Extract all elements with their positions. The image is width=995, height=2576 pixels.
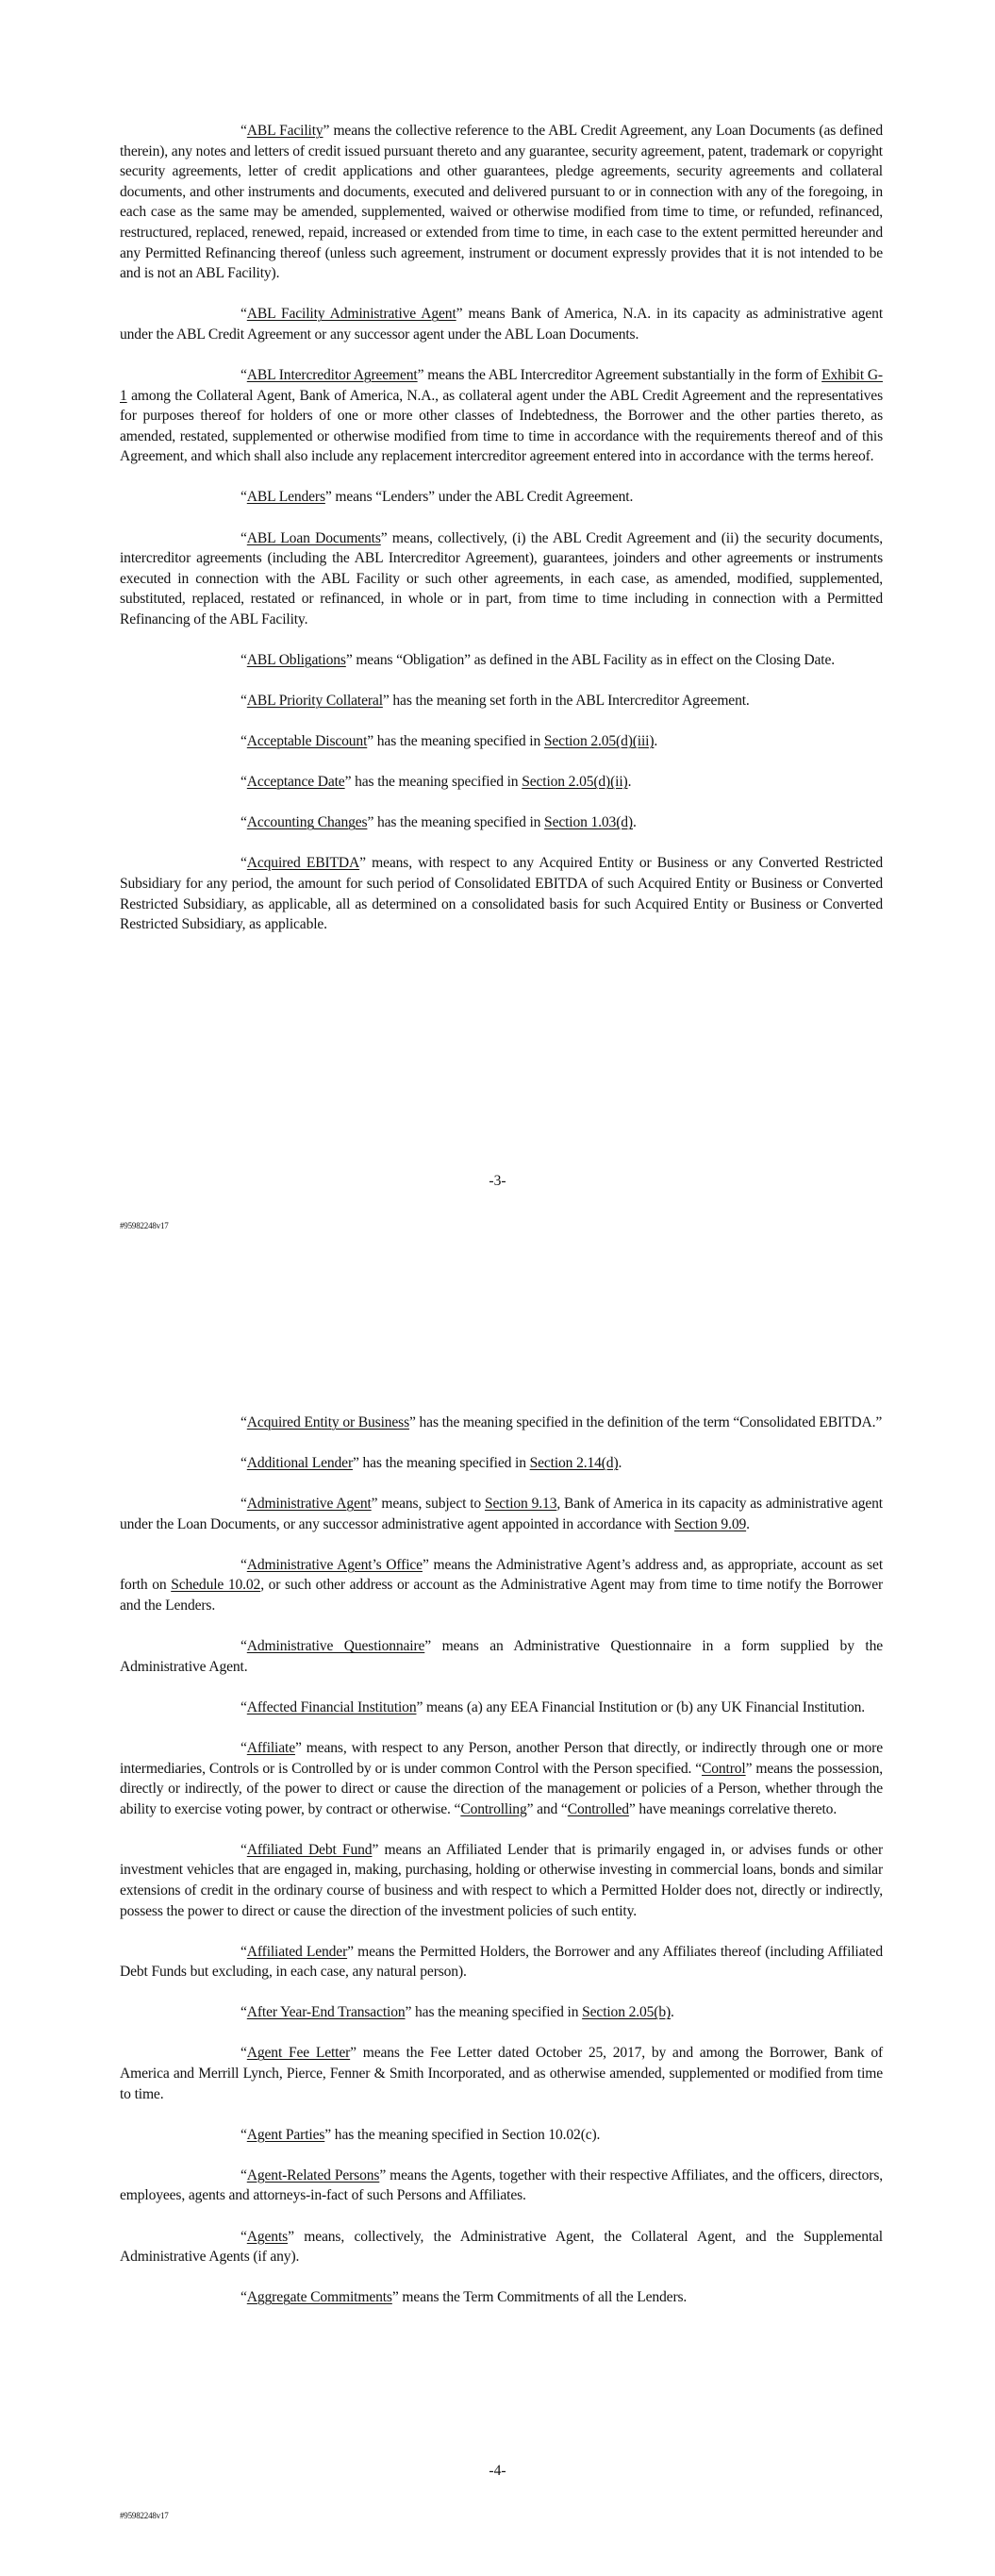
defined-term: Acquired EBITDA [247, 855, 359, 871]
definition-text: ” has the meaning specified in [367, 733, 544, 749]
definition-text: . [633, 814, 637, 830]
definition-paragraph: “Agent Parties” has the meaning specifie… [120, 2125, 883, 2146]
definition-text: ” means Bank of America, N.A. in its cap… [120, 306, 883, 343]
defined-term: Affiliate [247, 1740, 295, 1756]
defined-term: Aggregate Commitments [247, 2289, 392, 2305]
definition-text: ” and “ [527, 1801, 568, 1817]
definition-text: ” means, collectively, the Administrativ… [120, 2229, 883, 2266]
definition-text: ” has the meaning specified in [353, 1455, 530, 1471]
definition-text: “ [240, 367, 247, 383]
definition-text: ” means, subject to [372, 1496, 485, 1512]
definition-paragraph: “Affiliate” means, with respect to any P… [120, 1738, 883, 1819]
definition-text: “ [240, 530, 247, 546]
defined-term: ABL Priority Collateral [247, 693, 383, 709]
definition-text: ” has the meaning specified in [345, 774, 522, 790]
definition-text: among the Collateral Agent, Bank of Amer… [120, 388, 883, 465]
definition-text: ” means, collectively, (i) the ABL Credi… [120, 530, 883, 627]
definition-text: “ [240, 652, 247, 668]
document-page-4: “Acquired Entity or Business” has the me… [0, 1293, 995, 2576]
definition-text: ” has the meaning specified in [406, 2004, 583, 2020]
definition-text: “ [240, 1638, 247, 1654]
page-number: -3- [0, 1173, 995, 1190]
page-number: -4- [0, 2463, 995, 2480]
document-id-footer: #95982248v17 [120, 1221, 169, 1230]
cross-reference: Controlling [460, 1801, 526, 1817]
defined-term: After Year-End Transaction [247, 2004, 406, 2020]
definition-text: “ [240, 2127, 247, 2143]
cross-reference: Section 2.05(d)(ii) [522, 774, 627, 790]
definition-text: ” means an Affiliated Lender that is pri… [120, 1842, 883, 1919]
cross-reference: Section 2.05(d)(iii) [544, 733, 655, 749]
definition-paragraph: “Additional Lender” has the meaning spec… [120, 1453, 883, 1474]
definition-text: ” means the collective reference to the … [120, 123, 883, 281]
cross-reference: Control [702, 1761, 746, 1777]
definition-text: “ [240, 814, 247, 830]
defined-term: ABL Intercreditor Agreement [247, 367, 418, 383]
defined-term: Acquired Entity or Business [247, 1414, 409, 1430]
definition-paragraph: “Administrative Agent’s Office” means th… [120, 1555, 883, 1616]
definition-paragraph: “Acceptable Discount” has the meaning sp… [120, 731, 883, 752]
defined-term: Administrative Agent’s Office [247, 1557, 423, 1573]
definition-text: ” has the meaning set forth in the ABL I… [383, 693, 750, 709]
definition-paragraph: “Acceptance Date” has the meaning specif… [120, 772, 883, 793]
definition-text: . [671, 2004, 674, 2020]
definition-paragraph: “Agent-Related Persons” means the Agents… [120, 2166, 883, 2206]
definition-paragraph: “After Year-End Transaction” has the mea… [120, 2002, 883, 2023]
definition-paragraph: “Accounting Changes” has the meaning spe… [120, 812, 883, 833]
defined-term: ABL Facility Administrative Agent [247, 306, 456, 322]
definition-paragraph: “ABL Facility Administrative Agent” mean… [120, 304, 883, 344]
definition-text: ” means, with respect to any Acquired En… [120, 855, 883, 932]
defined-term: Administrative Questionnaire [247, 1638, 425, 1654]
definition-text: “ [240, 306, 247, 322]
definition-paragraph: “ABL Intercreditor Agreement” means the … [120, 365, 883, 467]
definition-text: “ [240, 1414, 247, 1430]
definition-text: “ [240, 733, 247, 749]
definition-text: “ [240, 1699, 247, 1715]
definitions-body: “Acquired Entity or Business” has the me… [120, 1413, 883, 2328]
definition-paragraph: “ABL Priority Collateral” has the meanin… [120, 691, 883, 711]
definition-paragraph: “Agent Fee Letter” means the Fee Letter … [120, 2043, 883, 2104]
defined-term: Administrative Agent [247, 1496, 372, 1512]
definition-paragraph: “Agents” means, collectively, the Admini… [120, 2227, 883, 2267]
definition-text: . [628, 774, 632, 790]
definition-text: “ [240, 1944, 247, 1960]
definition-paragraph: “ABL Loan Documents” means, collectively… [120, 528, 883, 630]
definition-paragraph: “ABL Obligations” means “Obligation” as … [120, 650, 883, 671]
definition-text: “ [240, 2289, 247, 2305]
document-page-3: “ABL Facility” means the collective refe… [0, 0, 995, 1293]
defined-term: Agent Parties [247, 2127, 325, 2143]
definition-text: ” has the meaning specified in the defin… [409, 1414, 882, 1430]
definition-text: ” means the Fee Letter dated October 25,… [120, 2045, 883, 2101]
definition-text: “ [240, 1842, 247, 1858]
definition-paragraph: “Aggregate Commitments” means the Term C… [120, 2287, 883, 2308]
definition-text: . [746, 1516, 750, 1532]
definition-text: “ [240, 1557, 247, 1573]
definition-text: ” means the Term Commitments of all the … [392, 2289, 687, 2305]
definition-paragraph: “ABL Facility” means the collective refe… [120, 121, 883, 284]
defined-term: Additional Lender [247, 1455, 353, 1471]
definition-text: ” means “Lenders” under the ABL Credit A… [325, 489, 633, 505]
cross-reference: Section 9.09 [674, 1516, 746, 1532]
definition-text: “ [240, 1740, 247, 1756]
definition-text: ” have meanings correlative thereto. [629, 1801, 837, 1817]
defined-term: Affiliated Lender [247, 1944, 347, 1960]
definition-text: ” means the ABL Intercreditor Agreement … [418, 367, 822, 383]
definition-text: “ [240, 774, 247, 790]
cross-reference: Section 9.13 [485, 1496, 556, 1512]
definition-text: ” means (a) any EEA Financial Institutio… [416, 1699, 865, 1715]
definition-text: ” means the Agents, together with their … [120, 2167, 883, 2204]
definition-text: “ [240, 2004, 247, 2020]
defined-term: Affected Financial Institution [247, 1699, 417, 1715]
definition-paragraph: “Administrative Agent” means, subject to… [120, 1494, 883, 1534]
definition-paragraph: “Affiliated Debt Fund” means an Affiliat… [120, 1840, 883, 1921]
definition-text: ” has the meaning specified in [367, 814, 544, 830]
definition-text: ” means “Obligation” as defined in the A… [346, 652, 835, 668]
definition-text: . [619, 1455, 622, 1471]
definition-text: ” means the Permitted Holders, the Borro… [120, 1944, 883, 1981]
definition-paragraph: “Affiliated Lender” means the Permitted … [120, 1942, 883, 1982]
definition-paragraph: “ABL Lenders” means “Lenders” under the … [120, 487, 883, 508]
defined-term: Agent-Related Persons [247, 2167, 380, 2183]
document-id-footer: #95982248v17 [120, 2511, 169, 2520]
defined-term: ABL Obligations [247, 652, 346, 668]
defined-term: ABL Facility [247, 123, 323, 139]
defined-term: Accounting Changes [247, 814, 368, 830]
defined-term: ABL Lenders [247, 489, 325, 505]
defined-term: Acceptance Date [247, 774, 345, 790]
cross-reference: Controlled [568, 1801, 629, 1817]
definition-text: “ [240, 2045, 247, 2061]
defined-term: Agents [247, 2229, 288, 2245]
definition-text: ” means an Administrative Questionnaire … [120, 1638, 883, 1675]
definition-text: “ [240, 1496, 247, 1512]
definition-text: “ [240, 1455, 247, 1471]
defined-term: ABL Loan Documents [247, 530, 381, 546]
definition-paragraph: “Acquired EBITDA” means, with respect to… [120, 853, 883, 934]
definition-text: “ [240, 2167, 247, 2183]
definition-text: “ [240, 855, 247, 871]
definition-text: “ [240, 693, 247, 709]
definition-paragraph: “Acquired Entity or Business” has the me… [120, 1413, 883, 1433]
defined-term: Agent Fee Letter [247, 2045, 350, 2061]
defined-term: Acceptable Discount [247, 733, 367, 749]
definitions-body: “ABL Facility” means the collective refe… [120, 121, 883, 955]
definition-text: . [654, 733, 657, 749]
definition-paragraph: “Affected Financial Institution” means (… [120, 1698, 883, 1718]
definition-paragraph: “Administrative Questionnaire” means an … [120, 1636, 883, 1677]
definition-text: “ [240, 123, 247, 139]
definition-text: “ [240, 2229, 247, 2245]
cross-reference: Section 2.05(b) [582, 2004, 671, 2020]
cross-reference: Schedule 10.02 [171, 1577, 260, 1593]
defined-term: Affiliated Debt Fund [247, 1842, 373, 1858]
cross-reference: Section 2.14(d) [530, 1455, 619, 1471]
definition-text: ” has the meaning specified in Section 1… [324, 2127, 600, 2143]
definition-text: “ [240, 489, 247, 505]
cross-reference: Section 1.03(d) [544, 814, 633, 830]
